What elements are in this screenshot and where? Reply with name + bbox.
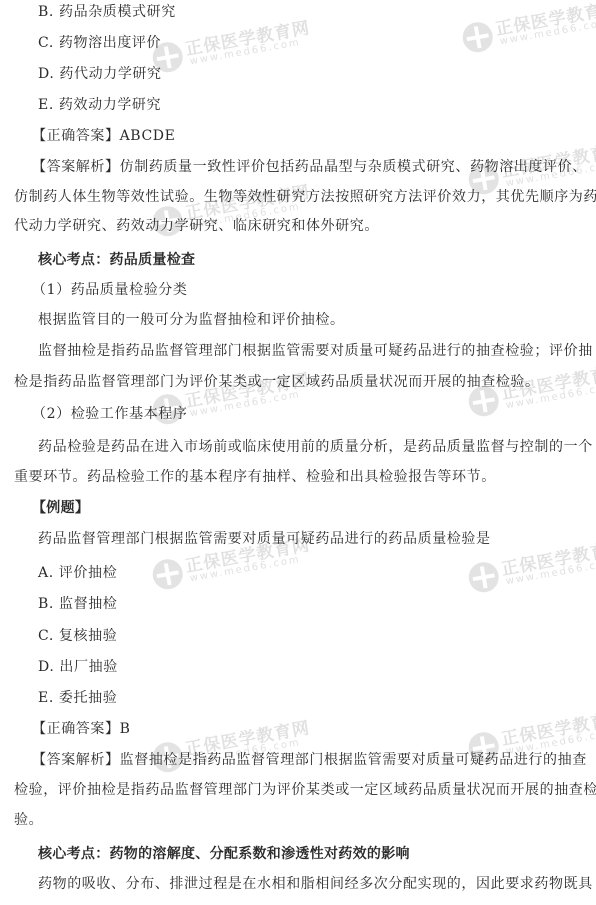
watermark: 正保医学教育网 www.med66.com bbox=[459, 0, 589, 61]
watermark-logo-icon bbox=[466, 560, 501, 595]
watermark: 正保医学教育网 www.med66.com bbox=[149, 17, 279, 80]
example-analysis-line-2: 检验，评价抽检是指药品监督管理部门为评价某类或一定区域药品质量状况而开展的抽查检 bbox=[14, 780, 596, 800]
example-heading: 【例题】 bbox=[32, 498, 89, 518]
watermark: 正保医学教育网 www.med66.com bbox=[465, 361, 595, 424]
watermark-url: www.med66.com bbox=[505, 557, 596, 587]
subheading-classification: （1）药品质量检验分类 bbox=[32, 280, 188, 300]
answer-analysis-line-3: 代动力学研究、药效动力学研究、临床研究和体外研究。 bbox=[14, 216, 379, 236]
paragraph-line: 药品检验是药品在进入市场前或临床使用前的质量分析，是药品质量监督与控制的一个 bbox=[38, 437, 593, 457]
example-option-b: B. 监督抽检 bbox=[38, 594, 117, 614]
watermark-logo-icon bbox=[150, 557, 185, 592]
example-option-c: C. 复核抽验 bbox=[38, 626, 117, 646]
section-heading-drug-quality-inspection: 核心考点：药品质量检查 bbox=[38, 250, 195, 270]
option-c: C. 药物溶出度评价 bbox=[38, 33, 161, 53]
example-question: 药品监督管理部门根据监管需要对质量可疑药品进行的药品质量检验是 bbox=[38, 529, 491, 549]
paragraph-line: 药物的吸收、分布、排泄过程是在水相和脂相间经多次分配实现的，因此要求药物既具 bbox=[38, 874, 593, 894]
watermark-title: 正保医学教育网 bbox=[493, 0, 596, 40]
example-option-e: E. 委托抽验 bbox=[38, 688, 117, 708]
paragraph-line: 重要环节。药品检验工作的基本程序有抽样、检验和出具检验报告等环节。 bbox=[14, 467, 496, 487]
watermark-title: 正保医学教育网 bbox=[183, 13, 311, 59]
paragraph-line: 检是指药品监督管理部门为评价某类或一定区域药品质量状况而开展的抽查检验。 bbox=[14, 372, 540, 392]
answer-analysis-line-1: 【答案解析】仿制药质量一致性评价包括药品晶型与杂质模式研究、药物溶出度评价、 bbox=[32, 157, 587, 177]
watermark-url: www.med66.com bbox=[189, 37, 302, 67]
option-e: E. 药效动力学研究 bbox=[38, 95, 161, 115]
option-d: D. 药代动力学研究 bbox=[38, 64, 162, 84]
watermark: 正保医学教育网 www.med66.com bbox=[149, 717, 279, 780]
watermark-url: www.med66.com bbox=[189, 554, 302, 584]
watermark-url: www.med66.com bbox=[189, 389, 302, 419]
option-b: B. 药品杂质模式研究 bbox=[38, 2, 176, 22]
answer-analysis-line-2: 仿制药人体生物等效性试验。生物等效性研究方法按照研究方法评价效力，其优先顺序为药 bbox=[14, 187, 596, 207]
example-option-d: D. 出厂抽验 bbox=[38, 657, 118, 677]
example-correct-answer: 【正确答案】B bbox=[32, 719, 131, 739]
watermark-title: 正保医学教育网 bbox=[499, 703, 596, 749]
correct-answer: 【正确答案】ABCDE bbox=[32, 126, 175, 146]
subheading-procedure: （2）检验工作基本程序 bbox=[32, 404, 188, 424]
paragraph-line: 监督抽检是指药品监督管理部门根据监管需要对质量可疑药品进行的抽查检验；评价抽 bbox=[38, 341, 593, 361]
section-heading-solubility: 核心考点：药物的溶解度、分配系数和渗透性对药效的影响 bbox=[38, 844, 410, 864]
example-analysis-line-3: 验。 bbox=[14, 810, 43, 830]
paragraph: 根据监管目的一般可分为监督抽检和评价抽检。 bbox=[38, 310, 345, 330]
watermark-title: 正保医学教育网 bbox=[499, 533, 596, 579]
example-option-a: A. 评价抽检 bbox=[38, 563, 117, 583]
watermark-logo-icon bbox=[460, 20, 495, 55]
document-page: 正保医学教育网 www.med66.com 正保医学教育网 www.med66.… bbox=[0, 0, 596, 905]
example-analysis-line-1: 【答案解析】监督抽检是指药品监督管理部门根据监管需要对质量可疑药品进行的抽查 bbox=[32, 750, 587, 770]
watermark-url: www.med66.com bbox=[499, 17, 596, 47]
